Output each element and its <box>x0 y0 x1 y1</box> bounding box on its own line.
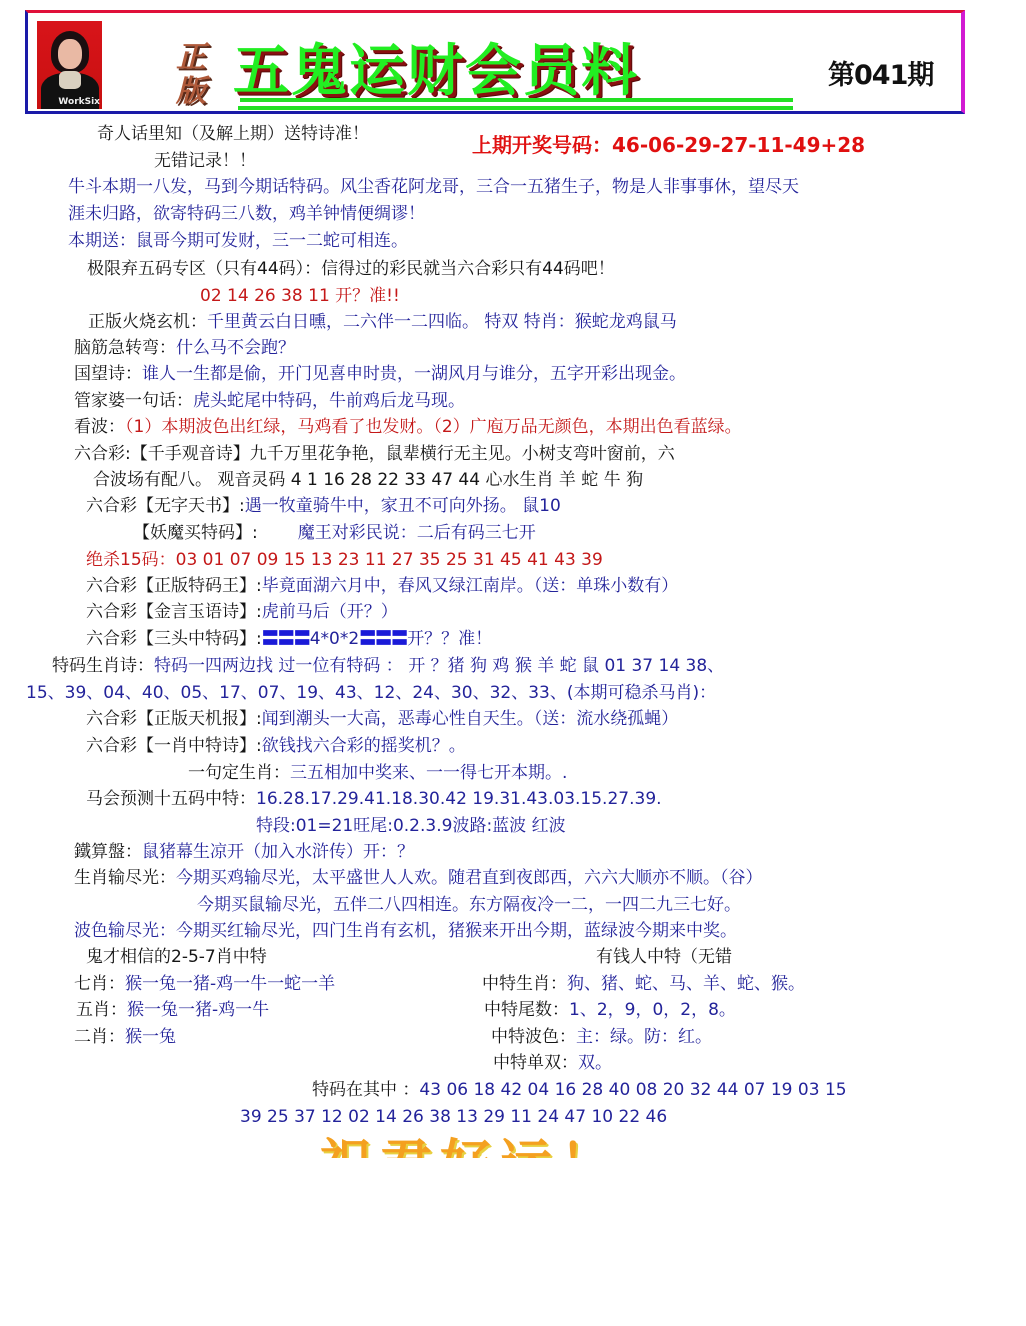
section-text: 4*0*2 <box>310 629 359 649</box>
blessing-banner: 祝君好运！ <box>320 1128 620 1158</box>
section-text: 开？？准！ <box>407 629 492 649</box>
tema-numbers: 43 06 18 42 04 16 28 40 08 20 32 44 07 1… <box>419 1080 846 1100</box>
jixian-line: 极限弃五码专区（只有44码）：信得过的彩民就当六合彩只有44码吧！ <box>87 258 615 280</box>
section-text: 闻到潮头一大高，恶毒心性自天生。（送：流水绕孤蝇） <box>262 709 679 729</box>
intro-line: 无错记录！！ <box>154 150 256 172</box>
guanyin-line: 六合彩:【千手观音诗】九千万里花争艳，鼠辈横行无主见。小树支弯叶窗前，六 <box>74 443 675 465</box>
santou-line: 六合彩【三头中特码】:〓〓〓4*0*2〓〓〓开？？准！ <box>86 628 492 650</box>
shuxiao-line-2: 今期买鼠输尽光，五伴二八四相连。东方隔夜冷一二，一四二九三七好。 <box>197 894 741 916</box>
youqian-row: 中特波色：主：绿。防：红。 <box>491 1026 712 1048</box>
section-text: 三五相加中奖来、一一得七开本期。. <box>290 763 567 783</box>
tianji-line: 六合彩【正版天机报】:闻到潮头一大高，恶毒心性自天生。（送：流水绕孤蝇） <box>86 708 678 730</box>
row-value: 双。 <box>578 1053 612 1073</box>
portrait-face <box>58 39 82 69</box>
youqian-title: 有钱人中特（无错 <box>596 946 732 968</box>
bose-line: 波色输尽光：今期买红输尽光，四门生肖有玄机，猪猴来开出今期，蓝绿波今期来中奖。 <box>74 920 737 942</box>
row-label: 二肖： <box>74 1027 125 1047</box>
tematwang-line: 六合彩【正版特码王】:毕竟面湖六月中，春风又绿江南岸。（送：单珠小数有） <box>86 575 678 597</box>
section-text: 特码一四两边找 过一位有特码 ： 开 ？猪 狗 鸡 猴 羊 蛇 鼠 01 37 … <box>154 656 724 676</box>
yixiao-line: 六合彩【一肖中特诗】:欲钱找六合彩的摇奖机？。 <box>86 735 466 757</box>
teduan-line: 特段:01=21旺尾:0.2.3.9波路:蓝波 红波 <box>256 815 566 837</box>
send-label: 本期送： <box>68 231 136 251</box>
section-text: 魔王对彩民说：二后有码三七开 <box>298 523 536 543</box>
poem-line: 涯未归路，欲寄特码三八数，鸡羊钟情便绸谬！ <box>68 203 425 225</box>
section-label: 国望诗： <box>74 364 142 384</box>
wuzi-line: 六合彩【无字天书】:遇一牧童骑牛中，家丑不可向外扬。 鼠10 <box>86 495 561 517</box>
portrait-image: WorkSix <box>37 21 102 109</box>
row-value: 猴一兔 <box>125 1027 176 1047</box>
section-label: 六合彩【正版特码王】: <box>86 576 262 596</box>
guicai-row: 五肖：猴一兔一猪-鸡一牛 <box>76 999 269 1021</box>
section-label: 六合彩【一肖中特诗】: <box>86 736 262 756</box>
section-label: 特码生肖诗： <box>52 656 154 676</box>
tiesuan-line: 鐵算盤：鼠猪幕生凉开（加入水浒传）开：？ <box>74 841 414 863</box>
section-label: 【妖魔买特码】: <box>133 523 258 543</box>
send-text: 鼠哥今期可发财，三一二蛇可相连。 <box>136 231 408 251</box>
row-label: 七肖： <box>74 974 125 994</box>
section-label: 一句定生肖： <box>188 763 290 783</box>
kanbo-line: 看波：（1）本期波色出红绿，马鸡看了也发财。（2）广庖万品无颜色，本期出色看蓝绿… <box>74 416 742 438</box>
row-label: 中特生肖： <box>482 974 567 994</box>
section-label: 生肖输尽光： <box>74 868 176 888</box>
intro-line: 奇人话里知（及解上期）送特诗准！ <box>97 123 369 145</box>
juesha-line: 绝杀15码：03 01 07 09 15 13 23 11 27 35 25 3… <box>86 549 603 571</box>
section-label: 看波： <box>74 417 125 437</box>
yaomo-line: 【妖魔买特码】:魔王对彩民说：二后有码三七开 <box>133 522 536 544</box>
header-banner: WorkSix 正版 五鬼运财会员料 第041期 <box>25 10 965 114</box>
section-text: 虎头蛇尾中特码，牛前鸡后龙马现。 <box>193 391 465 411</box>
jixian-numbers: 02 14 26 38 11 开？准!! <box>200 285 400 307</box>
section-text: 毕竟面湖六月中，春风又绿江南岸。（送：单珠小数有） <box>262 576 679 596</box>
row-value: 1、2，9，0，2，8。 <box>569 1000 736 1020</box>
guicai-title: 鬼才相信的2-5-7肖中特 <box>86 946 267 968</box>
section-label: 管家婆一句话： <box>74 391 193 411</box>
youqian-row: 中特尾数：1、2，9，0，2，8。 <box>484 999 736 1021</box>
zhengban-logo: 正版 <box>176 41 216 111</box>
section-text: （1）本期波色出红绿，马鸡看了也发财。（2）广庖万品无颜色，本期出色看蓝绿。 <box>125 417 742 437</box>
section-text: 16.28.17.29.41.18.30.42 19.31.43.03.15.2… <box>256 789 662 809</box>
section-label: 鐵算盤： <box>74 842 142 862</box>
guanjia-line: 管家婆一句话：虎头蛇尾中特码，牛前鸡后龙马现。 <box>74 390 465 412</box>
row-value: 猴一兔一猪-鸡一牛 <box>127 1000 269 1020</box>
section-text: 千里黄云白日曛，二六伴一二四临。 特双 特肖：猴蛇龙鸡鼠马 <box>207 312 677 332</box>
issue-number: 第041期 <box>828 53 933 92</box>
poem-line: 牛斗本期一八发，马到今期话特码。风尘香花阿龙哥，三合一五猪生子，物是人非事事休，… <box>68 176 799 198</box>
tema-line: 特码在其中 ：43 06 18 42 04 16 28 40 08 20 32 … <box>312 1079 847 1101</box>
shengxiao-line-2: 15、39、04、40、05、17、07、19、43、12、24、30、32、3… <box>26 682 716 704</box>
portrait-watermark: WorkSix <box>58 97 100 107</box>
row-label: 中特波色： <box>491 1027 576 1047</box>
bars-decoration: 〓〓〓 <box>359 629 407 649</box>
section-label: 马会预测十五码中特： <box>86 789 256 809</box>
section-text: 遇一牧童骑牛中，家丑不可向外扬。 鼠10 <box>245 496 561 516</box>
title-underline <box>240 98 793 102</box>
guowang-line: 国望诗：谁人一生都是偷，开门见喜申时贵，一湖风月与谁分，五字开彩出现金。 <box>74 363 686 385</box>
shuxiao-line: 生肖输尽光：今期买鸡输尽光，太平盛世人人欢。随君直到夜郎西，六六大顺亦不顺。（谷… <box>74 867 763 889</box>
section-label: 脑筋急转弯： <box>74 338 176 358</box>
tema-numbers-2: 39 25 37 12 02 14 26 38 13 29 11 24 47 1… <box>240 1106 667 1128</box>
guicai-row: 二肖：猴一兔 <box>74 1026 176 1048</box>
section-label: 六合彩【金言玉语诗】: <box>86 602 262 622</box>
row-value: 狗、猪、蛇、马、羊、蛇、猴。 <box>567 974 805 994</box>
page-title: 五鬼运财会员料 <box>233 27 639 107</box>
yiju-line: 一句定生肖：三五相加中奖来、一一得七开本期。. <box>188 762 567 784</box>
section-label: 六合彩【正版天机报】: <box>86 709 262 729</box>
row-label: 五肖： <box>76 1000 127 1020</box>
section-label: 正版火烧玄机： <box>88 312 207 332</box>
last-draw-numbers: 上期开奖号码：46-06-29-27-11-49+28 <box>472 134 865 156</box>
section-text: 欲钱找六合彩的摇奖机？。 <box>262 736 466 756</box>
section-label: 六合彩【三头中特码】: <box>86 629 262 649</box>
section-label: 六合彩【无字天书】: <box>86 496 245 516</box>
section-text: 谁人一生都是偷，开门见喜申时贵，一湖风月与谁分，五字开彩出现金。 <box>142 364 686 384</box>
section-text: 虎前马后（开？） <box>262 602 398 622</box>
section-text: 什么马不会跑？ <box>176 338 295 358</box>
guicai-row: 七肖：猴一兔一猪-鸡一牛一蛇一羊 <box>74 973 335 995</box>
portrait-collar <box>59 71 81 89</box>
shengxiao-line: 特码生肖诗：特码一四两边找 过一位有特码 ： 开 ？猪 狗 鸡 猴 羊 蛇 鼠 … <box>52 655 724 677</box>
huoshao-line: 正版火烧玄机：千里黄云白日曛，二六伴一二四临。 特双 特肖：猴蛇龙鸡鼠马 <box>88 311 677 333</box>
section-text: 鼠猪幕生凉开（加入水浒传）开：？ <box>142 842 414 862</box>
blessing-text: 祝君好运！ <box>320 1128 620 1158</box>
row-label: 中特尾数： <box>484 1000 569 1020</box>
section-label: 波色输尽光： <box>74 921 176 941</box>
row-label: 中特单双： <box>493 1053 578 1073</box>
youqian-row: 中特生肖：狗、猪、蛇、马、羊、蛇、猴。 <box>482 973 805 995</box>
youqian-row: 中特单双：双。 <box>493 1052 612 1074</box>
naojin-line: 脑筋急转弯：什么马不会跑？ <box>74 337 295 359</box>
jinyan-line: 六合彩【金言玉语诗】:虎前马后（开？） <box>86 601 398 623</box>
title-underline <box>238 106 793 110</box>
bars-decoration: 〓〓〓 <box>262 629 310 649</box>
tema-label: 特码在其中 ： <box>312 1080 419 1100</box>
section-text: 今期买红输尽光，四门生肖有玄机，猪猴来开出今期，蓝绿波今期来中奖。 <box>176 921 737 941</box>
section-text: 今期买鸡输尽光，太平盛世人人欢。随君直到夜郎西，六六大顺亦不顺。（谷） <box>176 868 763 888</box>
mahui-line: 马会预测十五码中特：16.28.17.29.41.18.30.42 19.31.… <box>86 788 662 810</box>
row-value: 主：绿。防：红。 <box>576 1027 712 1047</box>
row-value: 猴一兔一猪-鸡一牛一蛇一羊 <box>125 974 335 994</box>
guanyin-line: 合波场有配八。 观音灵码 4 1 16 28 22 33 47 44 心水生肖 … <box>93 469 643 491</box>
send-line: 本期送：鼠哥今期可发财，三一二蛇可相连。 <box>68 230 408 252</box>
